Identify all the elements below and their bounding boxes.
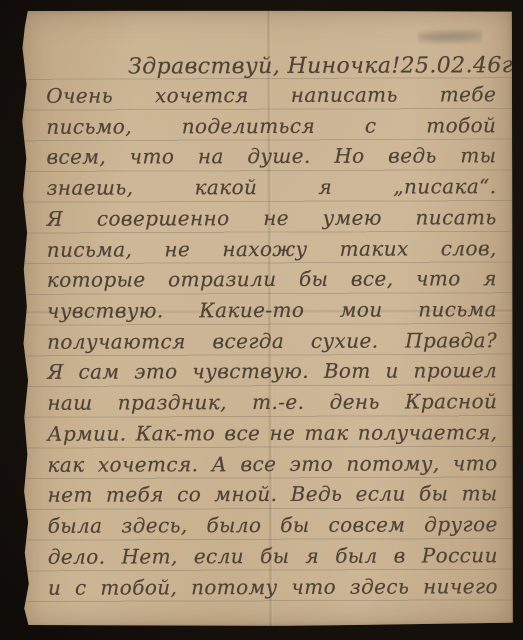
letter-line: Я сам это чувствую. Вот и прошел [47, 356, 497, 388]
letter-body: Очень хочется написать тебе письмо, поде… [46, 77, 498, 601]
letter-date: 25.02.46г. [401, 52, 521, 80]
letter-line: наш праздник, т.-е. день Красной [47, 386, 497, 418]
letter-line: дело. Нет, если бы я был в России [48, 540, 498, 572]
letter-line: как хочется. А все это потому, что [47, 448, 497, 480]
letter-line: всем, что на душе. Но ведь ты [46, 141, 496, 173]
letter-line: Очень хочется написать тебе [46, 79, 496, 111]
letter-line: знаешь, какой я „писака“. [46, 171, 496, 203]
letter-line: получаются всегда сухие. Правда? [47, 325, 497, 357]
letter-line: Я совершенно не умею писать [47, 202, 497, 234]
pencil-marks [418, 29, 482, 45]
photo-background: Здравствуй, Ниночка! 25.02.46г. Очень хо… [0, 0, 523, 640]
letter-line: была здесь, было бы совсем другое [48, 509, 498, 541]
letter-line: чувствую. Какие-то мои письма [47, 294, 497, 326]
letter-line: письма, не нахожу таких слов, [47, 233, 497, 265]
letter-line: Армии. Как-то все не так получается, [47, 417, 497, 449]
letter-line: нет тебя со мной. Ведь если бы ты [48, 479, 498, 511]
letter-line: которые отразили бы все, что я [47, 264, 497, 296]
letter-paper: Здравствуй, Ниночка! 25.02.46г. Очень хо… [20, 9, 514, 627]
letter-line: и с тобой, потому что здесь ничего [48, 571, 498, 603]
letter-line: письмо, поделиться с тобой [46, 110, 496, 142]
